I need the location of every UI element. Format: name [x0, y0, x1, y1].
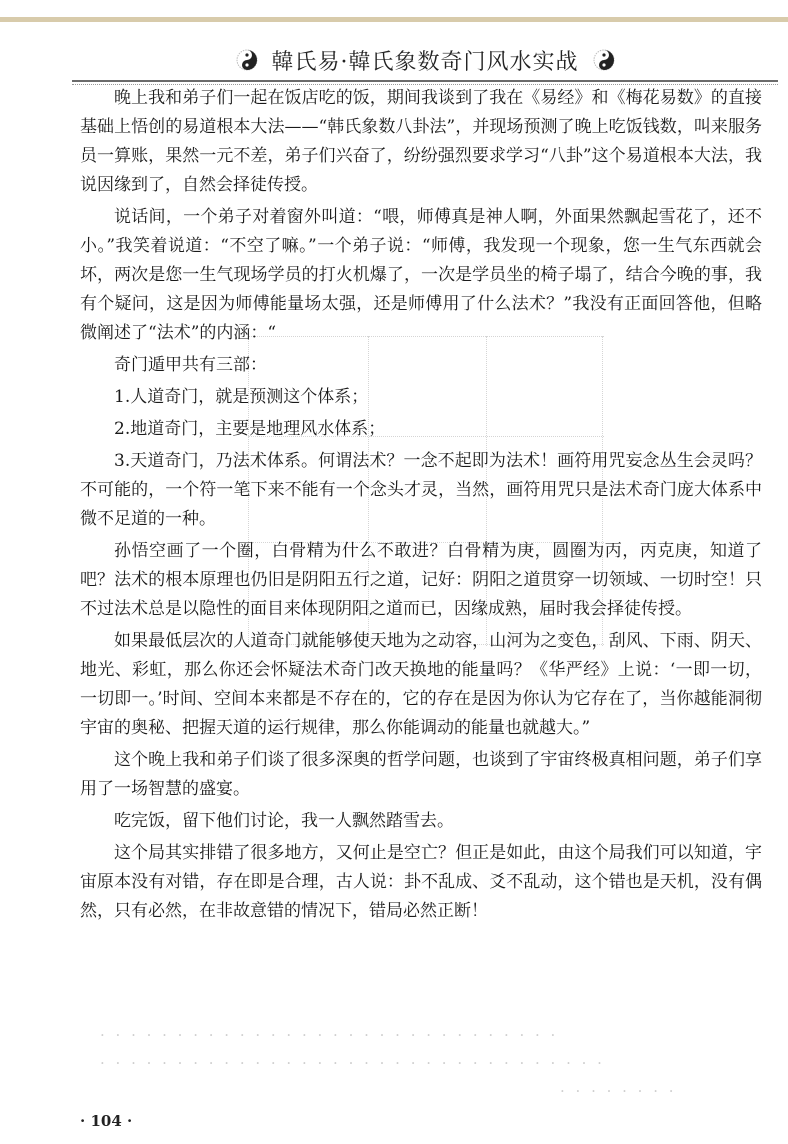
paragraph: 奇门遁甲共有三部：: [80, 351, 762, 380]
paragraph: 吃完饭，留下他们讨论，我一人飘然踏雪去。: [80, 807, 762, 836]
book-title: 韓氏易·韓氏象数奇门风水实战: [272, 45, 579, 76]
paragraph: 如果最低层次的人道奇门就能够使天地为之动容，山河为之变色，刮风、下雨、阴天、地光…: [80, 627, 762, 743]
list-item: 2.地道奇门，主要是地理风水体系；: [80, 415, 762, 444]
paragraph: 孙悟空画了一个圈，白骨精为什么不敢进？白骨精为庚，圆圈为丙，丙克庚，知道了吧？法…: [80, 537, 762, 624]
paragraph: 这个晚上我和弟子们谈了很多深奥的哲学问题，也谈到了宇宙终极真相问题，弟子们享用了…: [80, 746, 762, 804]
running-header: 韓氏易·韓氏象数奇门风水实战: [72, 44, 778, 82]
paragraph: 这个局其实排错了很多地方，又何止是空亡？但正是如此，由这个局我们可以知道，宇宙原…: [80, 839, 762, 926]
top-color-band: [0, 17, 788, 22]
bleed-through-text: · · · · · · · ·: [560, 1082, 740, 1100]
list-item: 3.天道奇门，乃法术体系。何谓法术？一念不起即为法术！画符用咒妄念丛生会灵吗？不…: [80, 447, 762, 534]
paragraph: 晚上我和弟子们一起在饭店吃的饭，期间我谈到了我在《易经》和《梅花易数》的直接基础…: [80, 84, 762, 200]
body-text: 晚上我和弟子们一起在饭店吃的饭，期间我谈到了我在《易经》和《梅花易数》的直接基础…: [80, 84, 762, 926]
bleed-through-text: · · · · · · · · · · · · · · · · · · · · …: [100, 1026, 740, 1044]
paragraph: 说话间，一个弟子对着窗外叫道：“喂，师傅真是神人啊，外面果然飘起雪花了，还不小。…: [80, 203, 762, 348]
page-number: · 104 ·: [80, 1112, 132, 1130]
yin-yang-icon: [236, 49, 258, 71]
bleed-through-text: · · · · · · · · · · · · · · · · · · · · …: [100, 1054, 740, 1072]
yin-yang-icon: [593, 49, 615, 71]
list-item: 1.人道奇门，就是预测这个体系；: [80, 383, 762, 412]
